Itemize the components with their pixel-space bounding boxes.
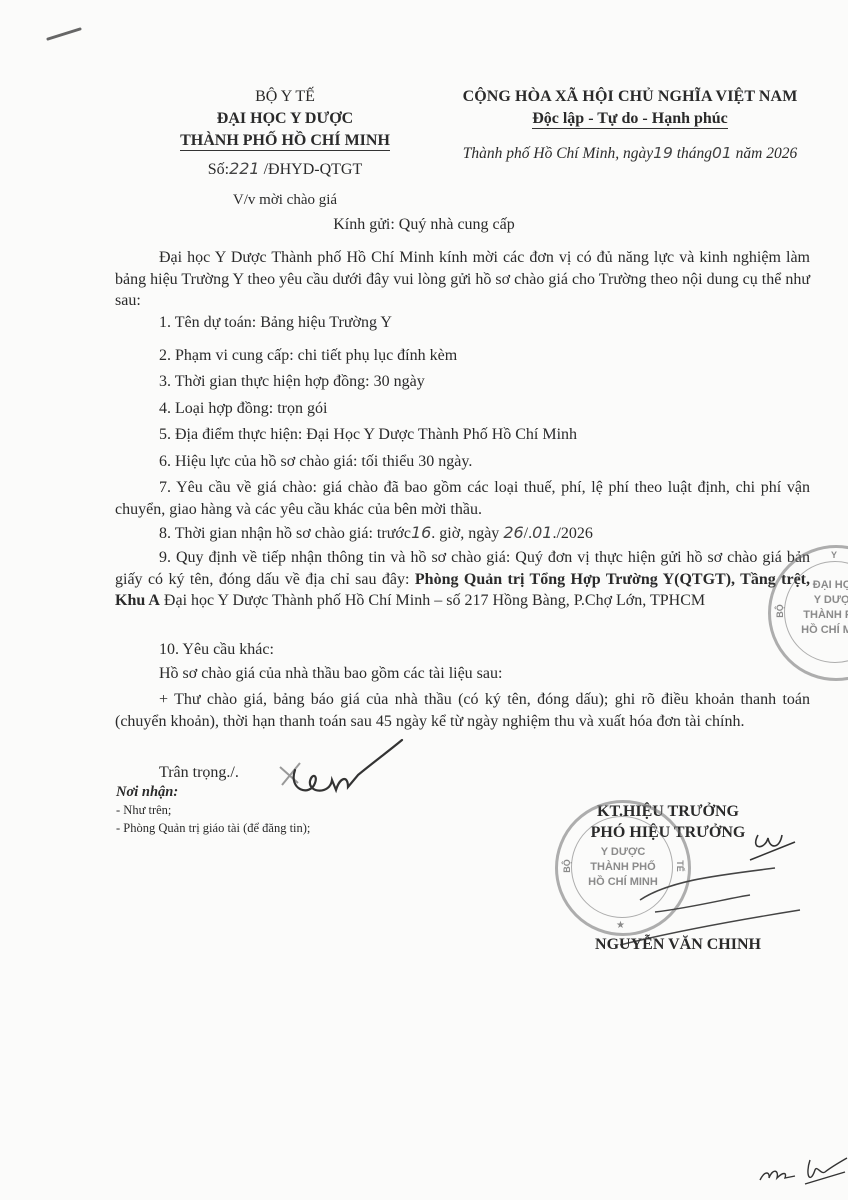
item-10-line2: + Thư chào giá, bảng báo giá của nhà thầ…: [115, 689, 810, 732]
item-5: 5. Địa điểm thực hiện: Đại Học Y Dược Th…: [159, 424, 810, 446]
handwritten-day-deadline: 26: [503, 523, 523, 542]
document-number: Số:221 /ĐHYD-QTGT: [160, 158, 410, 181]
item-6: 6. Hiệu lực của hồ sơ chào giá: tối thiể…: [159, 451, 810, 473]
item-7: 7. Yêu cầu về giá chào: giá chào đã bao …: [115, 477, 810, 520]
intro-paragraph: Đại học Y Dược Thành phố Hồ Chí Minh kín…: [115, 247, 810, 312]
university-name-line1: ĐẠI HỌC Y DƯỢC: [160, 108, 410, 130]
recipient-item: - Phòng Quản trị giáo tài (để đăng tin);: [116, 821, 310, 836]
item-1: 1. Tên dự toán: Bảng hiệu Trường Y: [159, 312, 810, 334]
item-4: 4. Loại hợp đồng: trọn gói: [159, 398, 810, 420]
closing: Trân trọng./.: [159, 764, 239, 782]
university-name-line2: THÀNH PHỐ HỒ CHÍ MINH: [180, 132, 390, 151]
page-initials: [755, 1150, 848, 1190]
document-subject: V/v mời chào giá: [160, 189, 410, 211]
ministry-name: BỘ Y TẾ: [160, 86, 410, 108]
item-10-line1: Hồ sơ chào giá của nhà thầu bao gồm các …: [159, 663, 810, 685]
handwritten-month: 01: [712, 144, 732, 162]
document-date: Thành phố Hồ Chí Minh, ngày19 tháng01 nă…: [430, 142, 830, 165]
scan-mark: [40, 20, 90, 45]
handwritten-month-deadline: 01: [532, 523, 552, 542]
recipients-title: Nơi nhận:: [116, 784, 178, 801]
item-3: 3. Thời gian thực hiện hợp đồng: 30 ngày: [159, 371, 810, 393]
national-motto: Độc lập - Tự do - Hạnh phúc: [532, 110, 728, 129]
item-2: 2. Phạm vi cung cấp: chi tiết phụ lục đí…: [159, 345, 810, 367]
handwritten-day: 19: [653, 144, 673, 162]
salutation: Kính gửi: Quý nhà cung cấp: [0, 216, 848, 234]
issuer-header: BỘ Y TẾ ĐẠI HỌC Y DƯỢC THÀNH PHỐ HỒ CHÍ …: [160, 86, 410, 211]
item-10-title: 10. Yêu cầu khác:: [159, 639, 810, 661]
item-9: 9. Quy định về tiếp nhận thông tin và hồ…: [115, 547, 810, 612]
item-8: 8. Thời gian nhận hồ sơ chào giá: trước1…: [159, 522, 810, 545]
national-header: CỘNG HÒA XÃ HỘI CHỦ NGHĨA VIỆT NAM Độc l…: [430, 86, 830, 165]
director-signature: [600, 820, 800, 950]
recipient-item: - Như trên;: [116, 803, 171, 818]
handwritten-hour: 16: [411, 523, 431, 542]
nation-name: CỘNG HÒA XÃ HỘI CHỦ NGHĨA VIỆT NAM: [430, 86, 830, 108]
signer-name: NGUYỄN VĂN CHINH: [568, 936, 788, 954]
initials-signature: [270, 735, 410, 805]
handwritten-doc-number: 221: [229, 159, 260, 178]
